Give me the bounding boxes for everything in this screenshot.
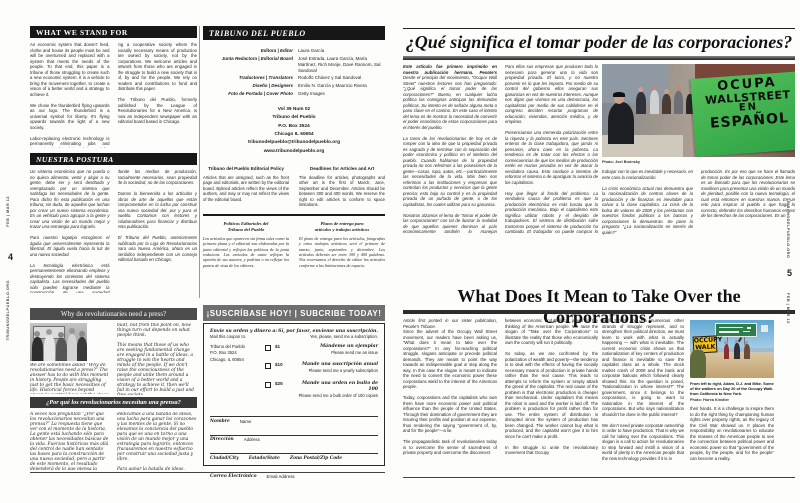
credit-row: Foto de Portada | Cover Photo Getty Imag… [203,91,385,97]
press-text-en-1: We are sometimes asked “Why do revolutio… [30,363,110,394]
address-field[interactable]: Dirección Address [210,435,378,443]
website-url[interactable]: www.tribunodelpueblo.org [203,148,385,156]
policy-es-text: Los artículos que aparecen sin firma tal… [203,236,289,269]
spanish-article-intro: Este artículo fue primero imprimido en n… [403,64,497,74]
credit-value: Laura García [298,48,385,54]
volume-number: Vol 39 Num 02 [203,106,385,114]
field-label-en: Address [244,437,260,442]
subscribe-form: Envíe su orden y dinero a: Mail this cou… [203,323,385,466]
highway-sign [715,323,757,336]
press-body-es: A veces nos preguntan “¿Por qué los revo… [30,412,197,470]
press-title-es: ¿Por qué los revolucionarios necesitan u… [46,399,181,406]
spanish-headline: ¿Qué significa el tomar poder de las cor… [403,32,795,53]
stand-col1: An economic system that doesn't feed, cl… [30,42,110,148]
spine-right-date-text: FEB | MAR 12 [786,293,790,324]
spine-left-date: FEB | MAR 12 [6,196,10,254]
headline-rule-es [403,56,795,60]
spine-right-date: FEB | MAR 12 [786,293,790,351]
option-price: $25 [275,381,291,386]
field-label-es: Nombre [210,419,230,424]
field-label-en: Name [240,419,252,424]
masthead-address: Vol 39 Num 02 Tribuno del Pueblo P.O. Bo… [203,106,385,156]
nuestra-postura-title: NUESTRA POSTURA [36,155,114,164]
checkbox-10-dollar[interactable] [265,363,271,369]
english-article-intro: Article first printed in our sister publ… [403,318,497,328]
option-price: $1 [275,344,291,349]
deadlines-en-title: Deadlines for Articles and Art [299,166,385,172]
subscribe-option: $1 Mándeme un ejemplar Please send me an… [265,344,378,355]
photo2-credit: Photo: Horea Kinstler [690,398,729,402]
ocupa-sign: OCUPA WALLSTREET EN ESPAÑOL [690,71,795,157]
masthead-title: TRIBUNO DEL PUEBLO [209,29,306,38]
press-text-en-2: built, but from this point on, how thing… [117,323,197,395]
subscribe-option: $10 Mande una suscripción anual Please s… [265,362,378,373]
english-article-col1: Since the advent of the Occupy Wall Stre… [403,329,497,466]
section-header-what-we-stand-for: WHAT WE STAND FOR [30,26,197,38]
field-label-zip: Zona Postal/Zip Code [290,456,342,461]
editorial-policy-es: Políticas Editoriales del Tribuno del Pu… [203,221,385,268]
photo1-credit: Photo: Joel Bruinsky [602,160,640,164]
email-field[interactable]: Correo Electrónico Email Address [210,472,378,480]
credit-row: Editora | Editor Laura García [203,48,385,54]
press-title-en: Why do revolutionaries need a press? [61,310,166,318]
policy-en-text: Articles that are unsigned, such as the … [203,175,289,202]
field-label-city: Ciudad/City [210,456,239,461]
credit-value: Rodolfo Chávez y Sal Sandoval [298,75,385,81]
name-field[interactable]: Nombre Name [210,416,378,424]
option-label-en: Please send me a yearly subscription [291,368,378,373]
credit-row: Traductores | Translators Rodolfo Chávez… [203,75,385,81]
paper-name: Tribuno del Pueblo [203,114,385,122]
field-label-es: Correo Electrónico [210,474,257,479]
field-label-es: Dirección [210,437,234,442]
subscribe-banner: ¡SUSCRÍBASE HOY! | SUBCRIBE TODAY! [203,305,385,321]
spanish-article-col3: trabajar con lo que es inevitable y nece… [602,169,693,235]
credit-label: Junta Redactora | Editorial Board [203,56,293,74]
section-header-nuestra-postura: NUESTRA POSTURA [30,153,197,165]
deadlines-es-title: Plazos de entrega para artículos y traba… [299,221,385,232]
page-bottom-rule-right [403,477,795,478]
city-line: Chicago IL 60654 [203,131,385,139]
page-bottom-rule-left [30,472,385,473]
spine-left-site-text: TRIBUNODELPUEBLO.ORG [6,280,10,340]
spanish-article-col4: producción. Es por eso que se hace el ll… [701,169,795,235]
press-text-es-1: A veces nos preguntan “¿Por qué los revo… [30,412,110,470]
stand-col2: ing a cooperative society where the soci… [118,42,198,148]
credit-label: Foto de Portada | Cover Photo [203,91,293,97]
press-banner-es: ¿Por qué los revolucionarios necesitan u… [30,397,197,408]
english-article-col3: Wall Street and the numerous other stran… [602,318,684,466]
photo2-caption: From left to right, Adam, D.J. and Mike.… [690,381,774,396]
spine-right-site: TRIBUNODELPUEBLO.ORG [786,198,790,293]
policy-en-title: Tribuno del Pueblo Editorial Policy [203,166,289,172]
spine-right-site-text: TRIBUNODELPUEBLO.ORG [786,198,790,258]
email-address[interactable]: tribunodelpueblo@tribunodelpueblo.org [203,139,385,147]
spanish-article-col2: Para ellos sus empresas que producen tod… [505,64,598,235]
newspaper-spread: FEB | MAR 12 4 TRIBUNODELPUEBLO.ORG WHAT… [0,0,800,503]
subscribe-address: Tribuno del Pueblo P.O. Box 3524 Chicago… [210,344,265,405]
backpack [690,350,706,378]
masthead-credits: Editora | Editor Laura García Junta Reda… [203,48,385,97]
credit-row: Junta Redactora | Editorial Board José E… [203,56,385,74]
field-label-en: Email Address [267,474,295,479]
what-we-stand-for-title: WHAT WE STAND FOR [36,28,128,37]
postura-col2: donde los medios de producción, socialme… [118,169,198,293]
press-banner-en: Why do revolutionaries need a press? [30,308,197,320]
credit-value: José Estrada, Laura García, María Martín… [298,56,385,74]
policy-es-title: Políticas Editoriales del Tribuno del Pu… [203,221,289,232]
spanish-article-col1: Desde el principio del movimiento, “Ocup… [403,75,497,235]
spine-left-site: TRIBUNODELPUEBLO.ORG [6,280,10,375]
credit-label: Diseño | Designers [203,83,293,89]
masthead-divider [203,214,385,217]
checkbox-25-dollar[interactable] [265,382,271,388]
postura-col1: Un sistema económico que no pueda o no q… [30,169,110,293]
masthead: TRIBUNO DEL PUEBLO Editora | Editor Laur… [203,26,385,268]
black-cap [613,92,625,97]
page-number-left: 4 [8,252,13,262]
route-shield [761,325,769,332]
option-price: $10 [275,362,291,367]
city-state-zip-field[interactable]: Ciudad/City Estado/State Zona Postal/Zip… [210,453,378,461]
what-we-stand-for-body: An economic system that doesn't feed, cl… [30,42,197,148]
subscribe-option: $25 Mande una orden en bulto de 100 Plea… [265,381,378,398]
nuestra-postura-body: Un sistema económico que no pueda o no q… [30,169,197,293]
credit-value: Emilio N. García y Mauricio Rivera [298,83,385,89]
field-label-state: Estado/State [249,456,280,461]
english-article-col2: between economic and political power in … [505,318,598,466]
po-box: P.O. Box 3524 [203,123,385,131]
credit-label: Editora | Editor [203,48,293,54]
masthead-banner: TRIBUNO DEL PUEBLO [203,26,385,40]
deadlines-en-text: The deadline for articles, photographs a… [299,175,385,208]
occupy-walk-photo: OCCUPY WALK [690,320,774,378]
deadlines-es-text: El plazo de entrega para los artículos, … [299,236,385,269]
credit-label: Traductores | Translators [203,75,293,81]
option-label-es: Mande una orden en bulto de 100 [291,381,378,393]
credit-value: Getty Images [298,91,385,97]
option-label-en: Please send me an issue [291,350,378,355]
press-photo [30,323,87,361]
page-top-rule-right [403,28,795,29]
mail-label-en: Mail this coupon to. [210,334,277,339]
page-number-right: 5 [787,268,792,278]
english-article-col4: their hands. It is a challenge to inspir… [690,406,774,464]
option-label-en: Please send me a bulk order of 100 copie… [291,393,378,398]
occupy-espanol-photo: OCUPA WALLSTREET EN ESPAÑOL [602,64,795,157]
checkbox-1-dollar[interactable] [265,345,271,351]
press-body-en: We are sometimes asked “Why do revolutio… [30,323,197,395]
column-divider [199,26,200,298]
editorial-policy-en: Tribuno del Pueblo Editorial Policy Arti… [203,166,385,207]
press-text-es-2: dedicamos a una batalla de ideas, una lu… [117,412,197,470]
subscribe-banner-text: ¡SUSCRÍBASE HOY! | SUBCRIBE TODAY! [207,309,382,318]
yes-label-en: Yes, please, send me a subscription. [278,334,378,339]
credit-row: Diseño | Designers Emilio N. García y Ma… [203,83,385,89]
headline-rule-en [403,310,795,314]
spine-left-date-text: FEB | MAR 12 [6,196,10,227]
